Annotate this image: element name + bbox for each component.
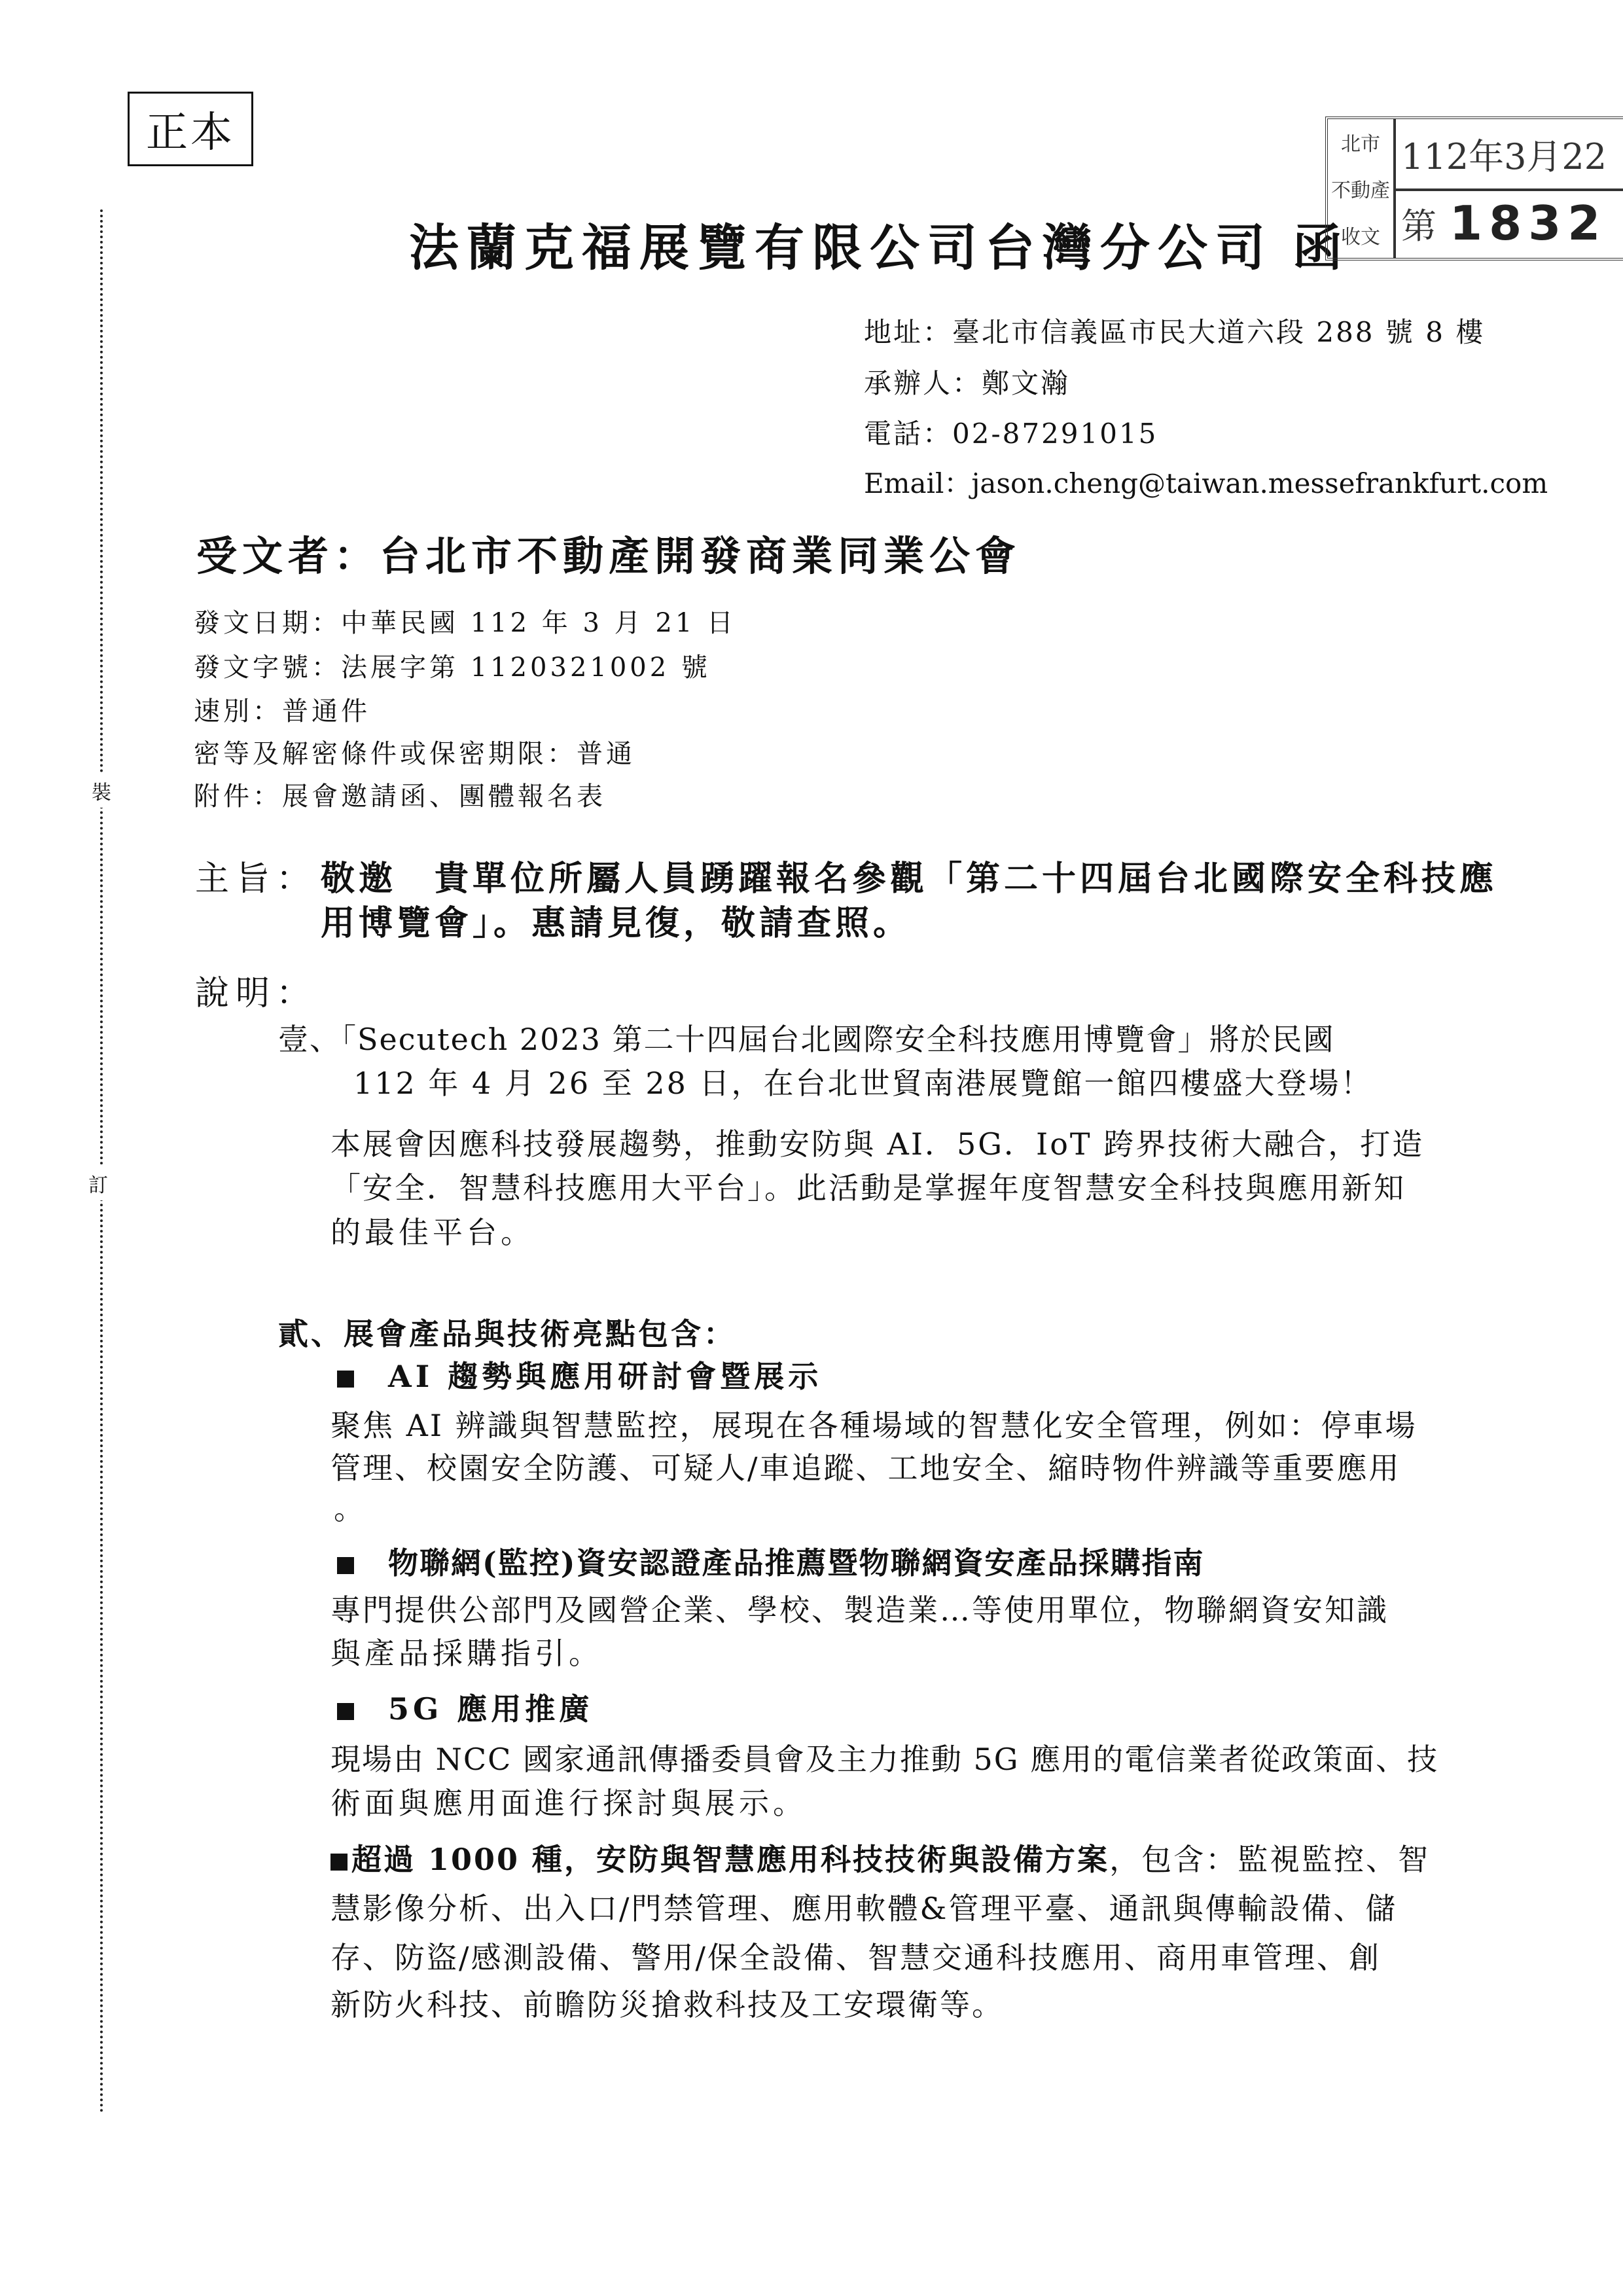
- highlight-item-4-line-2: 存、防盜/感測設備、警用/保全設備、智慧交通科技應用、商用車管理、創: [330, 1943, 1381, 1973]
- original-copy-stamp: 正本: [128, 92, 253, 166]
- square-bullet-icon: [330, 1854, 348, 1871]
- square-bullet-icon: [337, 1703, 354, 1720]
- meta-speed: 速別：普通件: [194, 691, 370, 728]
- highlight-item-2-line-1: 專門提供公部門及國營企業、學校、製造業…等使用單位，物聯網資安知識: [330, 1595, 1389, 1625]
- receive-stamp-org: 北市 不動產 收文: [1328, 119, 1396, 258]
- highlight-item-1-line-2: 管理、校園安全防護、可疑人/車追蹤、工地安全、縮時物件辨識等重要應用: [330, 1453, 1401, 1483]
- highlight-item-3-line-1: 現場由 NCC 國家通訊傳播委員會及主力推動 5G 應用的電信業者從政策面、技: [330, 1744, 1438, 1774]
- highlight-item-4-line-3: 新防火科技、前瞻防災搶救科技及工安環衛等。: [330, 1990, 1004, 2020]
- highlight-item-3-line-2: 術面與應用面進行探討與展示。: [330, 1788, 807, 1818]
- section1-line-2: 112 年 4 月 26 至 28 日，在台北世貿南港展覽館一館四樓盛大登場！: [353, 1068, 1373, 1098]
- meta-secrecy: 密等及解密條件或保密期限：普通: [194, 733, 635, 770]
- square-bullet-icon: [337, 1557, 354, 1574]
- binding-char-bottom: 訂: [88, 1166, 108, 1200]
- stamp-org-line3: 收文: [1341, 221, 1380, 249]
- highlight-item-4-title-suffix: ，包含：監視監控、智: [1109, 1842, 1430, 1877]
- section1-line-1: 壹、「Secutech 2023 第二十四屆台北國際安全科技應用博覽會」將於民國: [278, 1024, 1335, 1054]
- contact-handler: 承辦人：鄭文瀚: [864, 362, 1070, 401]
- recipient: 受文者：台北市不動產開發商業同業公會: [196, 524, 1021, 582]
- stamp-date: 112年3月22: [1401, 129, 1607, 179]
- highlight-item-1-line-3: 。: [334, 1494, 368, 1524]
- subject-line-1: 敬邀 貴單位所屬人員踴躍報名參觀「第二十四屆台北國際安全科技應: [321, 851, 1497, 900]
- highlight-item-4-title-text: 超過 1000 種，安防與智慧應用科技技術與設備方案: [351, 1842, 1109, 1877]
- highlight-item-1-line-1: 聚焦 AI 辨識與智慧監控，展現在各種場域的智慧化安全管理，例如：停車場: [330, 1410, 1418, 1441]
- stamp-number-handwritten: 1832: [1450, 196, 1607, 251]
- section1-para-line-3: 的最佳平台。: [330, 1217, 535, 1247]
- square-bullet-icon: [337, 1371, 354, 1388]
- meta-doc-number: 發文字號：法展字第 1120321002 號: [194, 647, 711, 684]
- section1-para-line-2: 「安全．智慧科技應用大平台」。此活動是掌握年度智慧安全科技與應用新知: [330, 1173, 1406, 1203]
- stamp-number-prefix: 第: [1401, 198, 1436, 249]
- company-title: 法蘭克福展覽有限公司台灣分公司: [409, 208, 1273, 279]
- binding-line: [100, 209, 103, 2114]
- section2-heading: 貳、展會產品與技術亮點包含：: [278, 1319, 736, 1349]
- highlight-item-2-title: 物聯網(監控)資安認證產品推薦暨物聯網資安產品採購指南: [337, 1548, 1205, 1578]
- highlight-item-2-title-text: 物聯網(監控)資安認證產品推薦暨物聯網資安產品採購指南: [388, 1545, 1205, 1581]
- subject-line-2: 用博覽會」。惠請見復，敬請查照。: [321, 895, 911, 944]
- highlight-item-3-title: 5G 應用推廣: [337, 1694, 593, 1724]
- highlight-item-2-line-2: 與產品採購指引。: [330, 1638, 603, 1668]
- subject-label: 主旨：: [195, 851, 317, 900]
- highlight-item-4-line-1: 慧影像分析、出入口/門禁管理、應用軟體&管理平臺、通訊與傳輸設備、儲: [330, 1893, 1397, 1924]
- stamp-org-line2: 不動產: [1331, 174, 1390, 203]
- highlight-item-1-title-text: AI 趨勢與應用研討會暨展示: [388, 1359, 822, 1394]
- stamp-number-row: 第 1832: [1396, 188, 1623, 258]
- meta-date: 發文日期：中華民國 112 年 3 月 21 日: [194, 602, 736, 639]
- stamp-org-line1: 北市: [1341, 128, 1380, 156]
- description-label: 說明：: [195, 965, 317, 1014]
- highlight-item-3-title-text: 5G 應用推廣: [388, 1691, 593, 1727]
- meta-attachments: 附件：展會邀請函、團體報名表: [194, 776, 606, 813]
- highlight-item-1-title: AI 趨勢與應用研討會暨展示: [337, 1361, 822, 1391]
- contact-address: 地址：臺北市信義區市民大道六段 288 號 8 樓: [864, 311, 1485, 350]
- highlight-item-4-title: 超過 1000 種，安防與智慧應用科技技術與設備方案，包含：監視監控、智: [330, 1844, 1430, 1874]
- contact-phone: 電話：02-87291015: [864, 412, 1158, 452]
- receive-stamp: 北市 不動產 收文 112年3月22 第 1832: [1325, 117, 1623, 260]
- contact-email: Email：jason.cheng@taiwan.messefrankfurt.…: [864, 462, 1548, 501]
- section1-para-line-1: 本展會因應科技發展趨勢，推動安防與 AI．5G．IoT 跨界技術大融合，打造: [330, 1129, 1424, 1159]
- binding-char-top: 裝: [92, 774, 111, 808]
- stamp-date-row: 112年3月22: [1396, 119, 1623, 191]
